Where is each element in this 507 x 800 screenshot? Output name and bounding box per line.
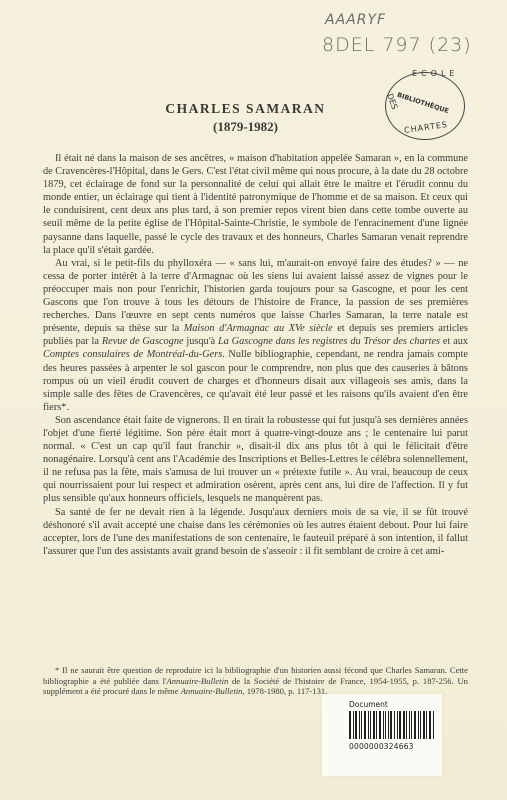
handwritten-annotation-1: AAARYF (325, 12, 386, 28)
barcode-bar (406, 711, 407, 739)
barcode-bar (414, 711, 416, 739)
italic-title: Annuaire-Bulletin (167, 676, 229, 686)
page-subtitle-dates: (1879-1982) (0, 119, 499, 135)
barcode-bar (388, 711, 389, 739)
barcode-bar (403, 711, 405, 739)
barcode-label: Document 0000000324663 (322, 694, 442, 776)
paragraph-2: Au vrai, si le petit-fils du phylloxéra … (43, 257, 468, 414)
barcode-bar (418, 711, 419, 739)
barcode-bar (364, 711, 366, 739)
barcode-bar (373, 711, 375, 739)
text-run: et aux (440, 336, 468, 347)
article-body: Il était né dans la maison de ses ancêtr… (43, 152, 468, 558)
text-run: Il était né dans la maison de ses ancêtr… (43, 153, 468, 256)
barcode-bar (359, 711, 360, 739)
page-title: CHARLES SAMARAN (0, 101, 499, 117)
barcode-bar (397, 711, 398, 739)
barcode-bar (423, 711, 425, 739)
barcode-bar (390, 711, 392, 739)
barcode-bar (376, 711, 377, 739)
italic-title: Maison d'Armagnac au XVe siècle (184, 323, 333, 334)
barcode-bar (379, 711, 381, 739)
text-run: , 1978-1980, p. 117-131. (242, 686, 327, 696)
barcode-title: Document (349, 700, 388, 709)
barcode-bar (399, 711, 401, 739)
text-run: Son ascendance était faite de vignerons.… (43, 415, 468, 505)
barcode-bar (349, 711, 351, 739)
barcode-bar (361, 711, 362, 739)
italic-title: Comptes consulaires de Montréal-du-Gers (43, 349, 222, 360)
italic-title: Annuaire-Bulletin (181, 686, 243, 696)
text-run: Sa santé de fer ne devait rien à la lége… (43, 507, 468, 557)
barcode-bar (355, 711, 357, 739)
paragraph-3: Son ascendance était faite de vignerons.… (43, 414, 468, 506)
barcode-bar (409, 711, 410, 739)
paragraph-1: Il était né dans la maison de ses ancêtr… (43, 152, 468, 257)
barcode-bar (426, 711, 427, 739)
barcode-bar (353, 711, 354, 739)
barcode-bar (429, 711, 431, 739)
barcode-number: 0000000324663 (349, 742, 414, 751)
italic-title: Revue de Gascogne (102, 336, 184, 347)
barcode-bar (420, 711, 421, 739)
document-page: AAARYF 8DEL 797 (23) ECOLE BIBLIOTHÈQUE … (0, 0, 507, 800)
text-run: jusqu'à (184, 336, 218, 347)
barcode-bar (394, 711, 395, 739)
barcode-bar (433, 711, 434, 739)
barcode-icon (349, 711, 457, 739)
barcode-bar (383, 711, 384, 739)
barcode-bar (370, 711, 371, 739)
barcode-bar (411, 711, 412, 739)
barcode-bar (368, 711, 369, 739)
paragraph-4: Sa santé de fer ne devait rien à la lége… (43, 506, 468, 558)
footnote: * Il ne saurait être question de reprodu… (43, 665, 468, 697)
stamp-text-ecole: ECOLE (412, 69, 458, 78)
italic-title: La Gascogne dans les registres du Trésor… (218, 336, 440, 347)
handwritten-shelfmark: 8DEL 797 (23) (322, 34, 472, 56)
barcode-bar (385, 711, 386, 739)
